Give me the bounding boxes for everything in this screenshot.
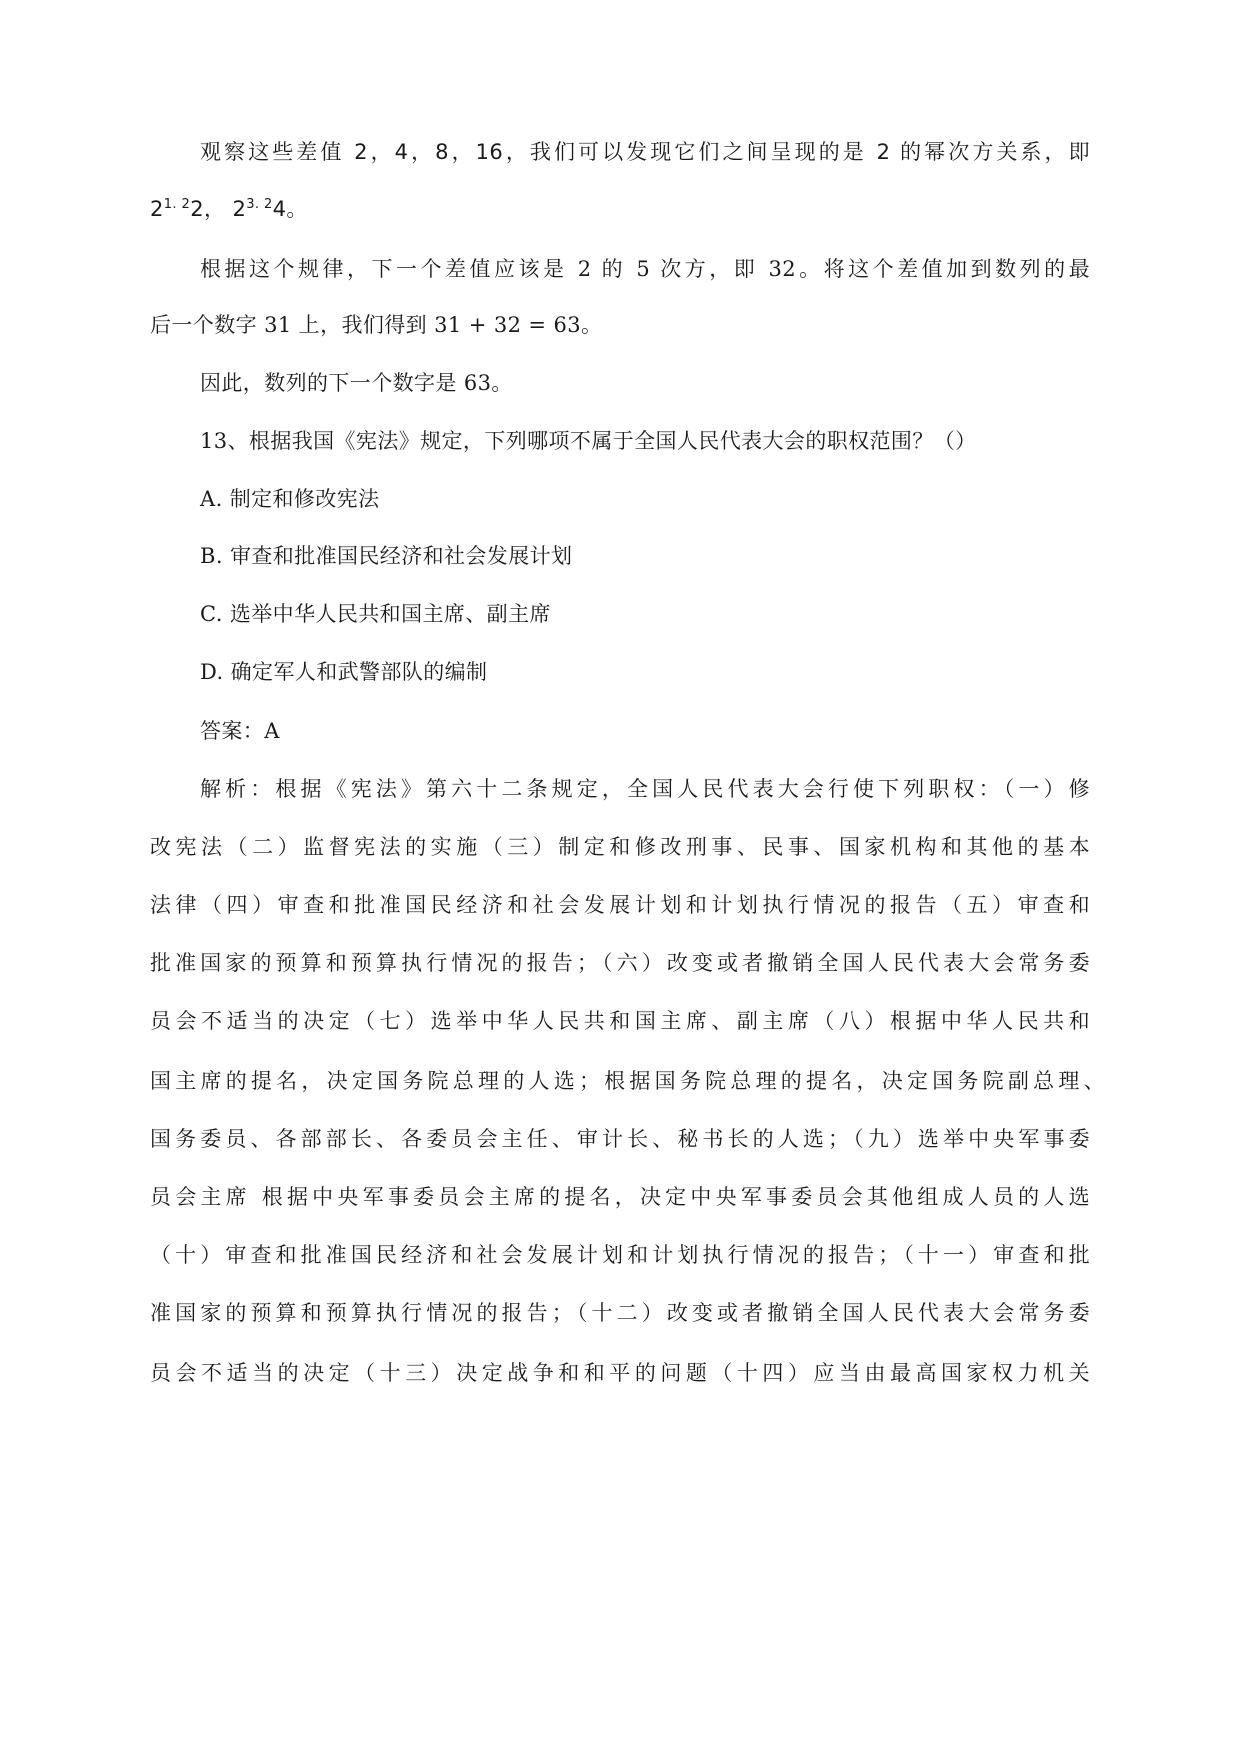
option-a: A. 制定和修改宪法 (200, 485, 1090, 513)
option-d: D. 确定军人和武警部队的编制 (200, 658, 1090, 686)
analysis-line: 批准国家的预算和预算执行情况的报告；（六）改变或者撤销全国人民代表大会常务委 (150, 949, 1090, 977)
option-a-text: 制定和修改宪法 (230, 487, 380, 511)
option-a-label: A. (200, 487, 223, 511)
option-b: B. 审查和批准国民经济和社会发展计划 (200, 542, 1090, 570)
power-base-2: 2 (232, 197, 246, 221)
paragraph-conclusion: 因此，数列的下一个数字是 63。 (200, 369, 1090, 397)
power-value-2: 4。 (273, 197, 308, 221)
option-c: C. 选举中华人民共和国主席、副主席 (200, 600, 1090, 628)
analysis-line: （十）审查和批准国民经济和社会发展计划和计划执行情况的报告；（十一）审查和批 (150, 1241, 1090, 1269)
question-stem: 13、根据我国《宪法》规定，下列哪项不属于全国人民代表大会的职权范围？（） (200, 427, 1090, 455)
paragraph-rule-line2: 后一个数字 31 上，我们得到 31 + 32 = 63。 (150, 311, 1090, 339)
power-exp-1: 1. 2 (164, 197, 190, 212)
analysis-line: 国主席的提名，决定国务院总理的人选；根据国务院总理的提名，决定国务院副总理、 (150, 1067, 1105, 1095)
paragraph-differences-line1: 观察这些差值 2，4，8，16，我们可以发现它们之间呈现的是 2 的幂次方关系，… (200, 138, 1090, 166)
paragraph-powers-line2: 21. 22， 23. 24。 (150, 195, 1090, 223)
document-page: 观察这些差值 2，4，8，16，我们可以发现它们之间呈现的是 2 的幂次方关系，… (0, 0, 1241, 1754)
option-b-text: 审查和批准国民经济和社会发展计划 (230, 544, 572, 568)
analysis-line: 员会不适当的决定（十三）决定战争和和平的问题（十四）应当由最高国家权力机关 (150, 1359, 1090, 1387)
power-base-1: 2 (150, 197, 164, 221)
power-value-1: 2， (190, 197, 225, 221)
option-d-text: 确定军人和武警部队的编制 (231, 660, 488, 684)
analysis-line: 准国家的预算和预算执行情况的报告；（十二）改变或者撤销全国人民代表大会常务委 (150, 1299, 1090, 1327)
analysis-line: 改宪法（二）监督宪法的实施（三）制定和修改刑事、民事、国家机构和其他的基本 (150, 833, 1090, 861)
option-b-label: B. (200, 544, 223, 568)
analysis-line: 解析：根据《宪法》第六十二条规定，全国人民代表大会行使下列职权：（一）修 (200, 775, 1090, 803)
analysis-line: 法律（四）审查和批准国民经济和社会发展计划和计划执行情况的报告（五）审查和 (150, 891, 1090, 919)
analysis-line: 员会不适当的决定（七）选举中华人民共和国主席、副主席（八）根据中华人民共和 (150, 1007, 1090, 1035)
paragraph-rule-line1: 根据这个规律，下一个差值应该是 2 的 5 次方，即 32。将这个差值加到数列的… (200, 255, 1090, 283)
power-exp-2: 3. 2 (246, 197, 272, 212)
option-c-label: C. (200, 602, 223, 626)
option-d-label: D. (200, 660, 224, 684)
answer: 答案：A (200, 717, 1090, 745)
analysis-line: 员会主席 根据中央军事委员会主席的提名，决定中央军事委员会其他组成人员的人选 (150, 1183, 1090, 1211)
option-c-text: 选举中华人民共和国主席、副主席 (230, 602, 551, 626)
analysis-line: 国务委员、各部部长、各委员会主任、审计长、秘书长的人选；（九）选举中央军事委 (150, 1125, 1090, 1153)
